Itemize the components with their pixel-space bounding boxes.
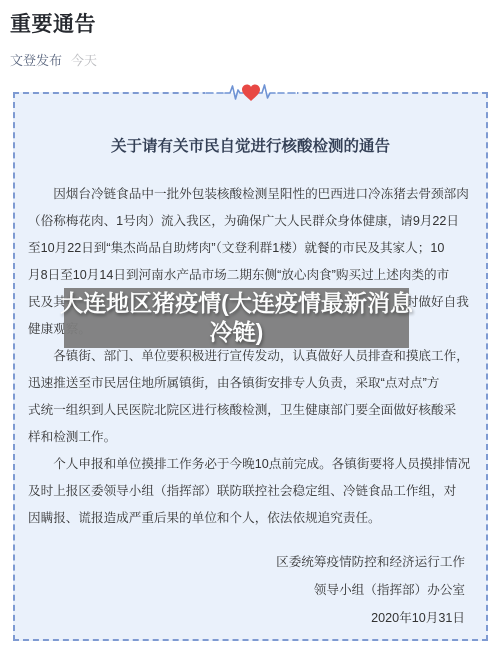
signature-date: 2020年10月31日: [28, 604, 465, 632]
title-overlay: 大连地区猪疫情(大连疫情最新消息 冷链): [64, 288, 409, 348]
article-header: 重要通告 文登发布 今天: [10, 8, 490, 69]
notice-title: 关于请有关市民自觉进行核酸检测的通告: [28, 137, 473, 157]
notice-card: 关于请有关市民自觉进行核酸检测的通告 因烟台冷链食品中一批外包装核酸检测呈阳性的…: [13, 92, 488, 641]
account-name[interactable]: 文登发布: [10, 50, 62, 69]
heart-icon: [242, 85, 260, 102]
post-time: 今天: [71, 50, 97, 69]
notice-paragraph: 个人申报和单位摸排工作务必于今晚10点前完成。各镇街要将人员摸排情况 及时上报区…: [28, 451, 473, 532]
overlay-title: 大连地区猪疫情(大连疫情最新消息 冷链): [60, 289, 413, 347]
signature-line: 领导小组（指挥部）办公室: [28, 576, 465, 604]
signature-line: 区委统筹疫情防控和经济运行工作: [28, 548, 465, 576]
ecg-line-icon: [259, 85, 295, 98]
byline: 文登发布 今天: [10, 50, 490, 69]
page-title: 重要通告: [10, 8, 490, 38]
notice-paragraph: 各镇街、部门、单位要积极进行宣传发动，认真做好人员排查和摸底工作， 迅速推送至市…: [28, 343, 473, 451]
heartbeat-decoration: [205, 80, 297, 106]
ecg-line-icon: [206, 86, 243, 99]
notice-signature: 区委统筹疫情防控和经济运行工作 领导小组（指挥部）办公室 2020年10月31日: [28, 548, 473, 632]
ecg-heart-graphic: [205, 80, 297, 106]
